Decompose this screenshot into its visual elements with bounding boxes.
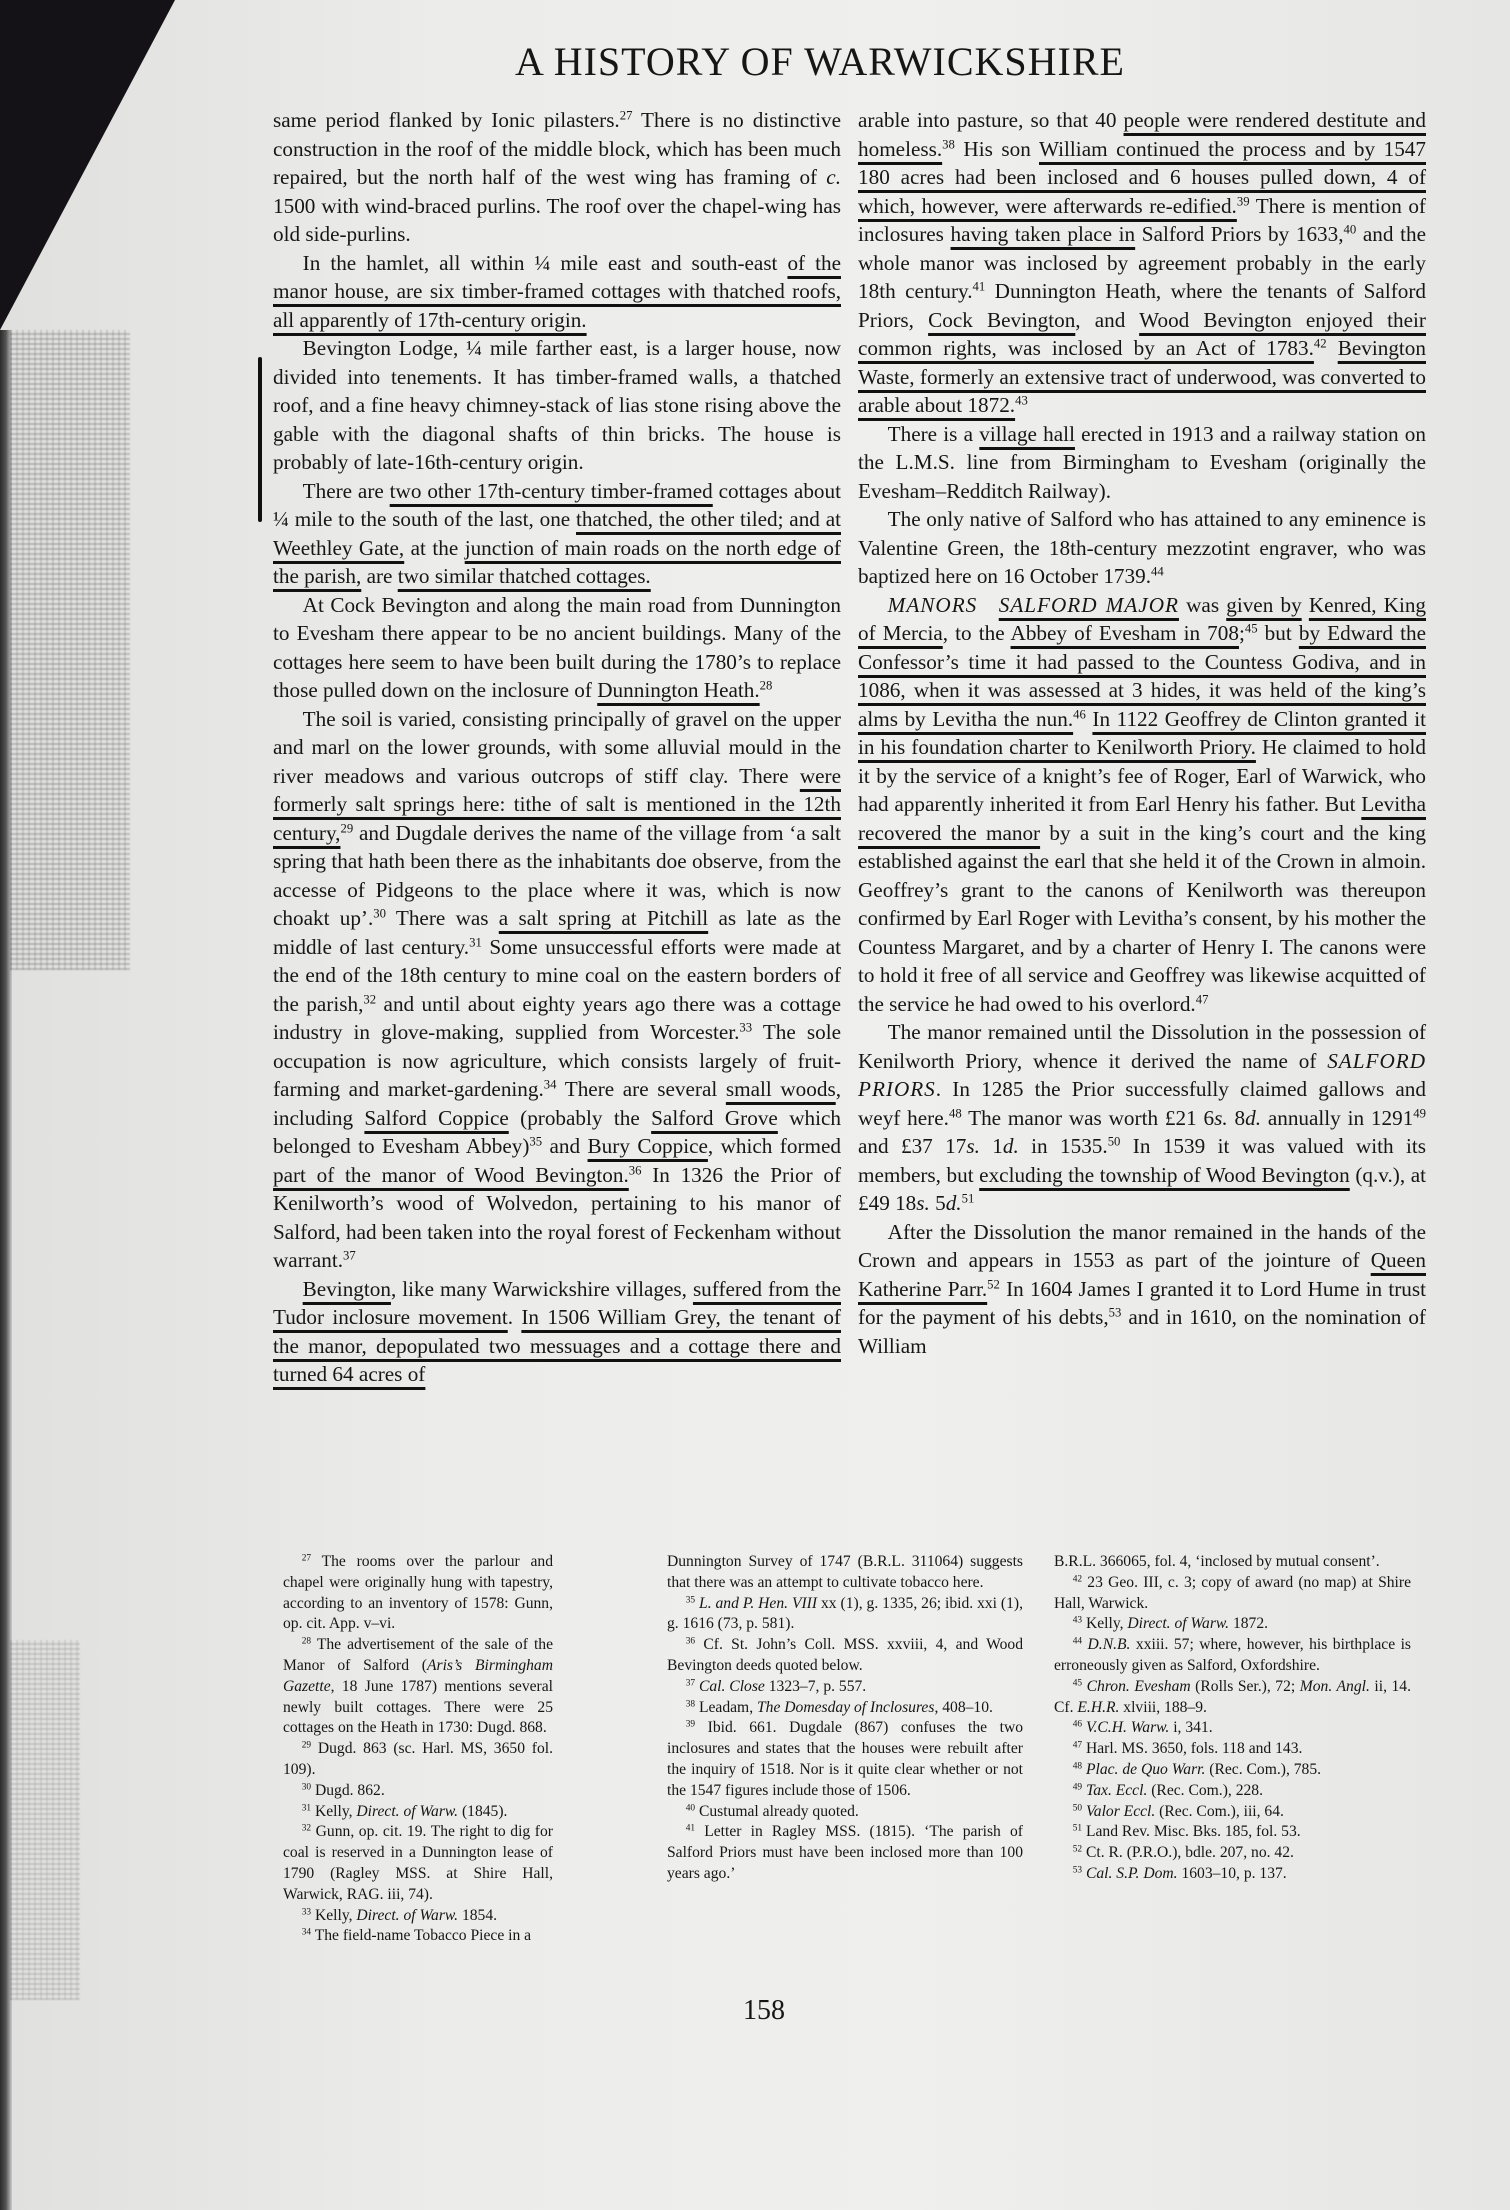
footnote: 27 The rooms over the parlour and chapel…	[283, 1552, 553, 1635]
footnote: 51 Land Rev. Misc. Bks. 185, fol. 53.	[1054, 1822, 1411, 1843]
footnote-number: 37	[686, 1678, 695, 1688]
footnote: 52 Ct. R. (P.R.O.), bdle. 207, no. 42.	[1054, 1843, 1411, 1864]
footnote: 36 Cf. St. John’s Coll. MSS. xxviii, 4, …	[667, 1635, 1023, 1677]
running-head: A HISTORY OF WARWICKSHIRE	[0, 38, 1510, 85]
footnote-number: 51	[1073, 1824, 1082, 1834]
footnote: 44 D.N.B. xxiii. 57; where, however, his…	[1054, 1635, 1411, 1677]
footnote-number: 33	[302, 1907, 311, 1917]
body-column-left: same period flanked by Ionic pilasters.2…	[273, 106, 841, 1389]
body-paragraph: Bevington Lodge, ¼ mile farther east, is…	[273, 334, 841, 477]
body-paragraph: The only native of Salford who has attai…	[858, 505, 1426, 591]
footnotes-column-1: 27 The rooms over the parlour and chapel…	[283, 1552, 553, 1947]
photocopy-noise	[10, 1640, 80, 2000]
footnote: 37 Cal. Close 1323–7, p. 557.	[667, 1677, 1023, 1698]
footnote-number: 48	[1073, 1761, 1082, 1771]
footnote-number: 43	[1073, 1616, 1082, 1626]
body-paragraph: At Cock Bevington and along the main roa…	[273, 591, 841, 705]
footnote-number: 42	[1073, 1574, 1082, 1584]
footnote: 49 Tax. Eccl. (Rec. Com.), 228.	[1054, 1781, 1411, 1802]
footnote: 31 Kelly, Direct. of Warw. (1845).	[283, 1802, 553, 1823]
footnote: 41 Letter in Ragley MSS. (1815). ‘The pa…	[667, 1822, 1023, 1884]
footnote-number: 41	[686, 1824, 695, 1834]
footnote-number: 40	[686, 1803, 695, 1813]
footnote-number: 36	[686, 1637, 695, 1647]
body-paragraph: In the hamlet, all within ¼ mile east an…	[273, 249, 841, 335]
body-column-right: arable into pasture, so that 40 people w…	[858, 106, 1426, 1360]
photocopy-noise	[10, 330, 130, 970]
footnote-number: 38	[686, 1699, 695, 1709]
footnote: 34 The field-name Tobacco Piece in a	[283, 1926, 553, 1947]
footnote: 53 Cal. S.P. Dom. 1603–10, p. 137.	[1054, 1864, 1411, 1885]
footnotes-column-3: B.R.L. 366065, fol. 4, ‘inclosed by mutu…	[1054, 1552, 1411, 1885]
body-paragraph: The manor remained until the Dissolution…	[858, 1018, 1426, 1218]
footnote-number: 46	[1073, 1720, 1082, 1730]
footnote: 40 Custumal already quoted.	[667, 1802, 1023, 1823]
footnote: 42 23 Geo. III, c. 3; copy of award (no …	[1054, 1573, 1411, 1615]
footnote: 35 L. and P. Hen. VIII xx (1), g. 1335, …	[667, 1594, 1023, 1636]
footnote: 48 Plac. de Quo Warr. (Rec. Com.), 785.	[1054, 1760, 1411, 1781]
footnotes-column-2: Dunnington Survey of 1747 (B.R.L. 311064…	[667, 1552, 1023, 1885]
footnote-number: 50	[1073, 1803, 1082, 1813]
footnote: 39 Ibid. 661. Dugdale (867) confuses the…	[667, 1718, 1023, 1801]
footnote-number: 34	[302, 1928, 311, 1938]
footnote-number: 31	[302, 1803, 311, 1813]
footnote: 47 Harl. MS. 3650, fols. 118 and 143.	[1054, 1739, 1411, 1760]
body-paragraph: There are two other 17th-century timber-…	[273, 477, 841, 591]
footnote: 30 Dugd. 862.	[283, 1781, 553, 1802]
footnote-number: 49	[1073, 1782, 1082, 1792]
footnote-number: 53	[1073, 1865, 1082, 1875]
footnote: 28 The advertisement of the sale of the …	[283, 1635, 553, 1739]
footnote: 50 Valor Eccl. (Rec. Com.), iii, 64.	[1054, 1802, 1411, 1823]
footnote-number: 39	[686, 1720, 695, 1730]
page-number: 158	[0, 1995, 1510, 2027]
footnote-number: 44	[1073, 1637, 1082, 1647]
footnote: 33 Kelly, Direct. of Warw. 1854.	[283, 1906, 553, 1927]
footnote-number: 28	[302, 1637, 311, 1647]
footnote-number: 45	[1073, 1678, 1082, 1688]
margin-mark	[258, 357, 262, 522]
footnote-number: 32	[302, 1824, 311, 1834]
body-paragraph: Bevington, like many Warwickshire villag…	[273, 1275, 841, 1389]
manors-section-paragraph: MANORS SALFORD MAJOR was given by Kenred…	[858, 591, 1426, 1019]
footnote-number: 27	[302, 1553, 311, 1563]
footnote-number: 52	[1073, 1845, 1082, 1855]
body-paragraph: After the Dissolution the manor remained…	[858, 1218, 1426, 1361]
footnote: 32 Gunn, op. cit. 19. The right to dig f…	[283, 1822, 553, 1905]
footnote-number: 47	[1073, 1741, 1082, 1751]
footnote: B.R.L. 366065, fol. 4, ‘inclosed by mutu…	[1054, 1552, 1411, 1573]
footnote: 38 Leadam, The Domesday of Inclosures, 4…	[667, 1698, 1023, 1719]
footnote-number: 30	[302, 1782, 311, 1792]
footnote: 45 Chron. Evesham (Rolls Ser.), 72; Mon.…	[1054, 1677, 1411, 1719]
footnote-number: 35	[686, 1595, 695, 1605]
body-paragraph: same period flanked by Ionic pilasters.2…	[273, 106, 841, 249]
footnote: 43 Kelly, Direct. of Warw. 1872.	[1054, 1614, 1411, 1635]
body-paragraph: arable into pasture, so that 40 people w…	[858, 106, 1426, 420]
footnote: 29 Dugd. 863 (sc. Harl. MS, 3650 fol. 10…	[283, 1739, 553, 1781]
footnote-number: 29	[302, 1741, 311, 1751]
body-paragraph: The soil is varied, consisting principal…	[273, 705, 841, 1275]
footnote: Dunnington Survey of 1747 (B.R.L. 311064…	[667, 1552, 1023, 1594]
body-paragraph: There is a village hall erected in 1913 …	[858, 420, 1426, 506]
footnote: 46 V.C.H. Warw. i, 341.	[1054, 1718, 1411, 1739]
